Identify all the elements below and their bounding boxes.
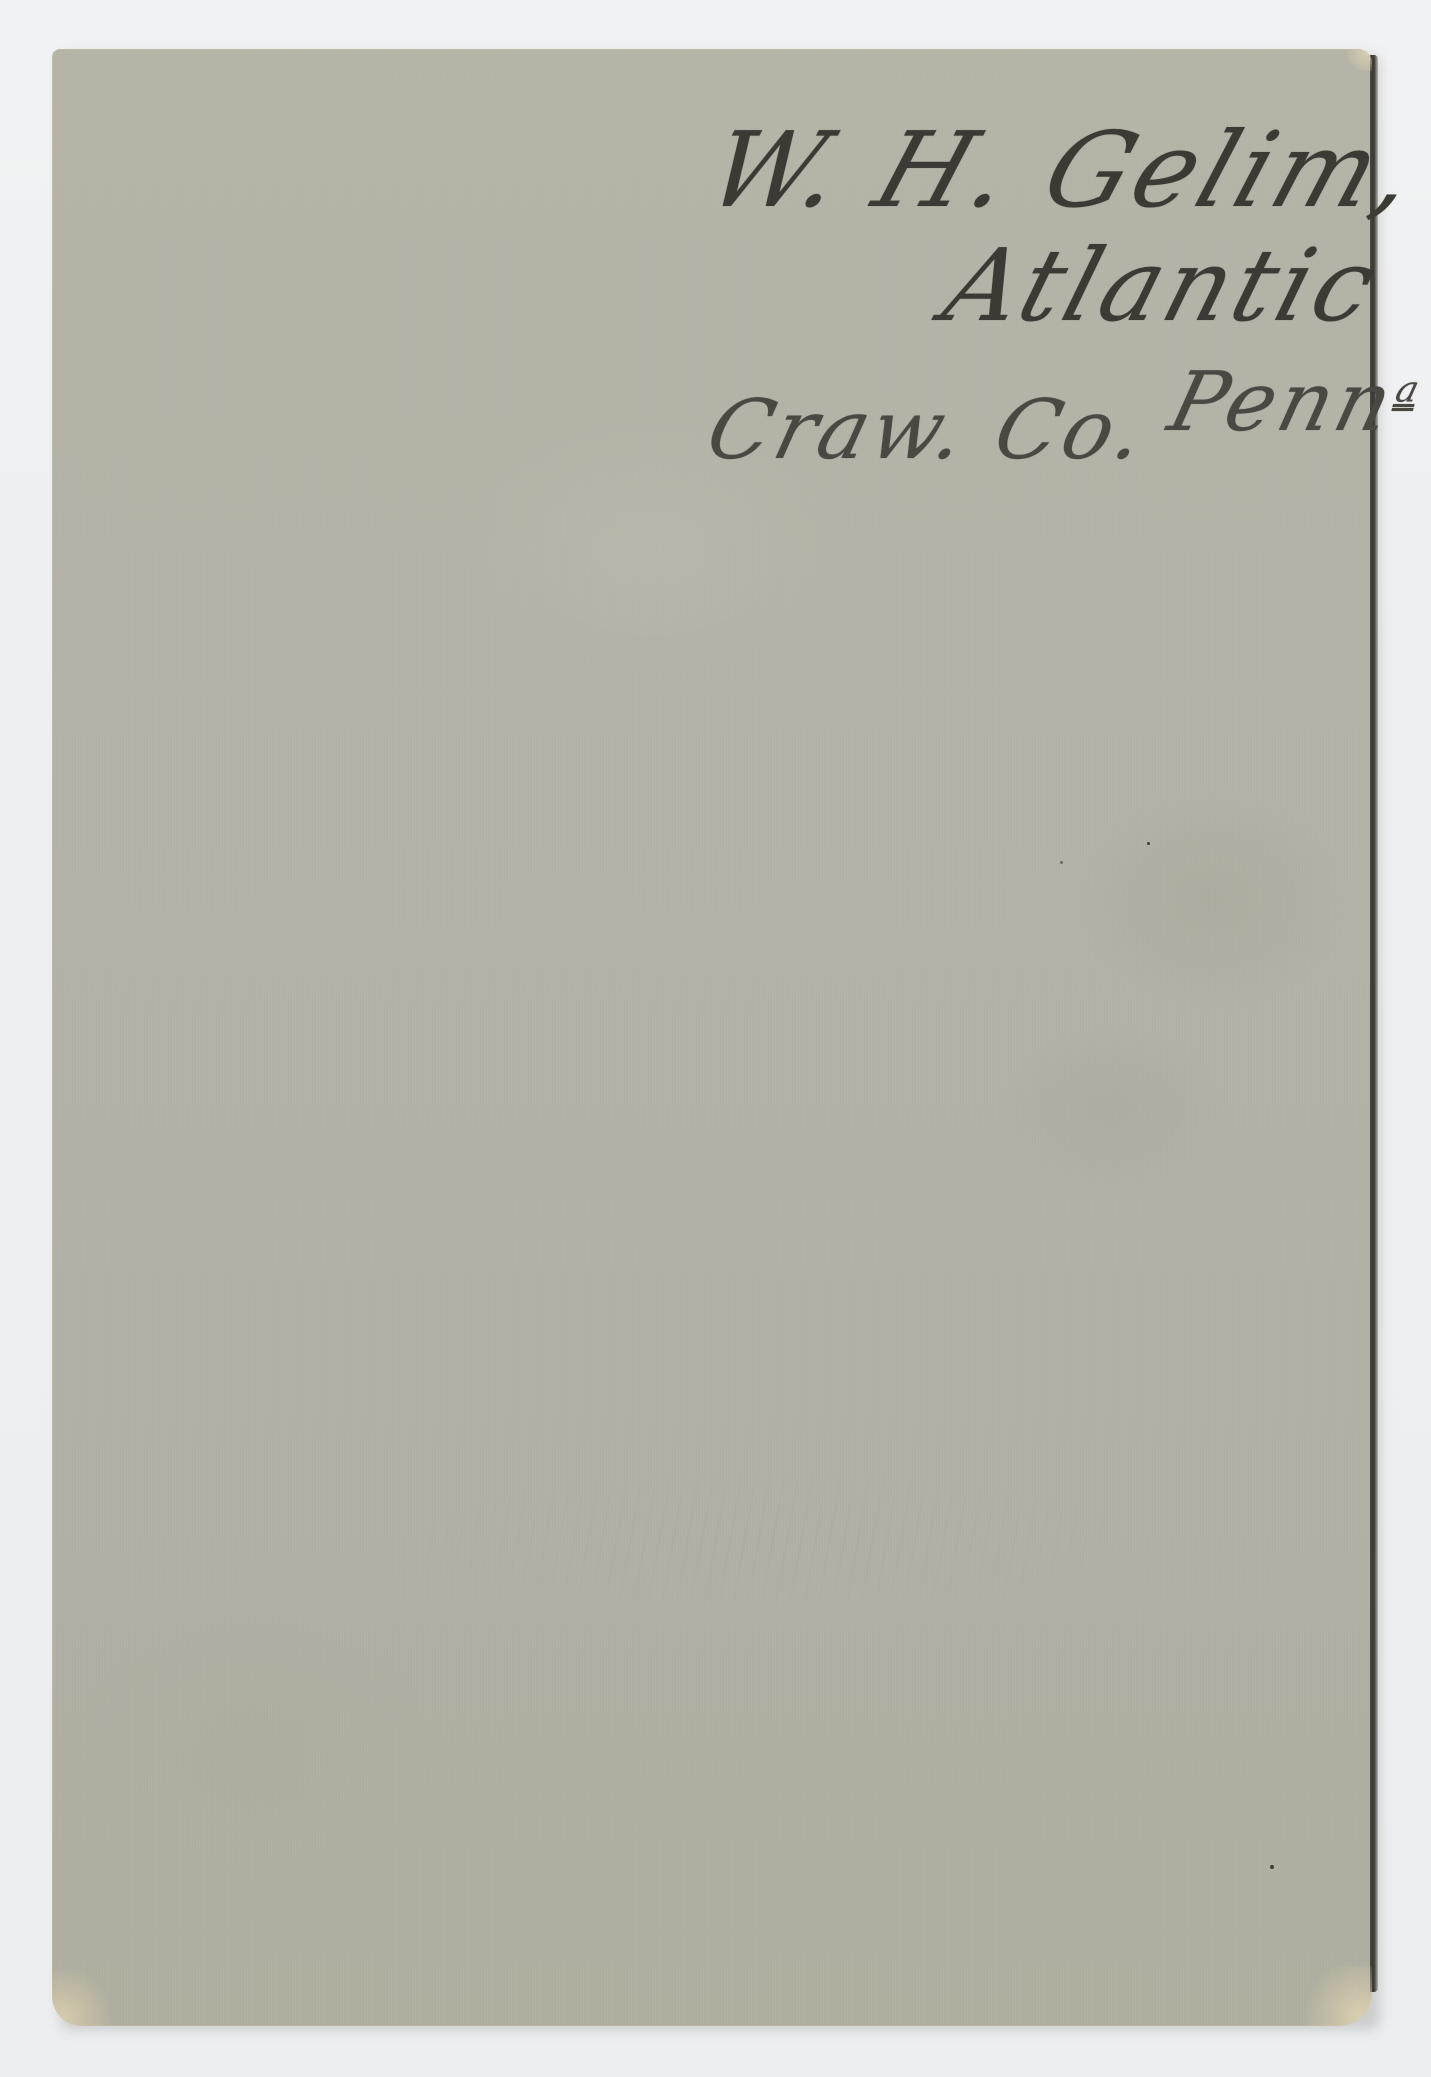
cabinet-card-back: W. H. Gelim, Atlantic Craw. Co. Penna — [52, 49, 1372, 2026]
inscription-state-main: Penn — [1160, 355, 1405, 450]
inscription-town: Atlantic — [932, 227, 1392, 344]
ink-speck — [1060, 861, 1063, 864]
ink-speck — [1147, 842, 1150, 845]
card-edge-shadow — [1370, 55, 1378, 1992]
inscription-county: Craw. Co. — [698, 383, 1158, 478]
inscription-state: Penna — [1160, 355, 1427, 450]
ink-speck — [1270, 1865, 1274, 1869]
inscription-name: W. H. Gelim, — [694, 109, 1431, 231]
faint-bleed-through-imprint — [52, 1429, 1372, 1649]
corner-wear-bottom-left — [52, 1971, 112, 2026]
